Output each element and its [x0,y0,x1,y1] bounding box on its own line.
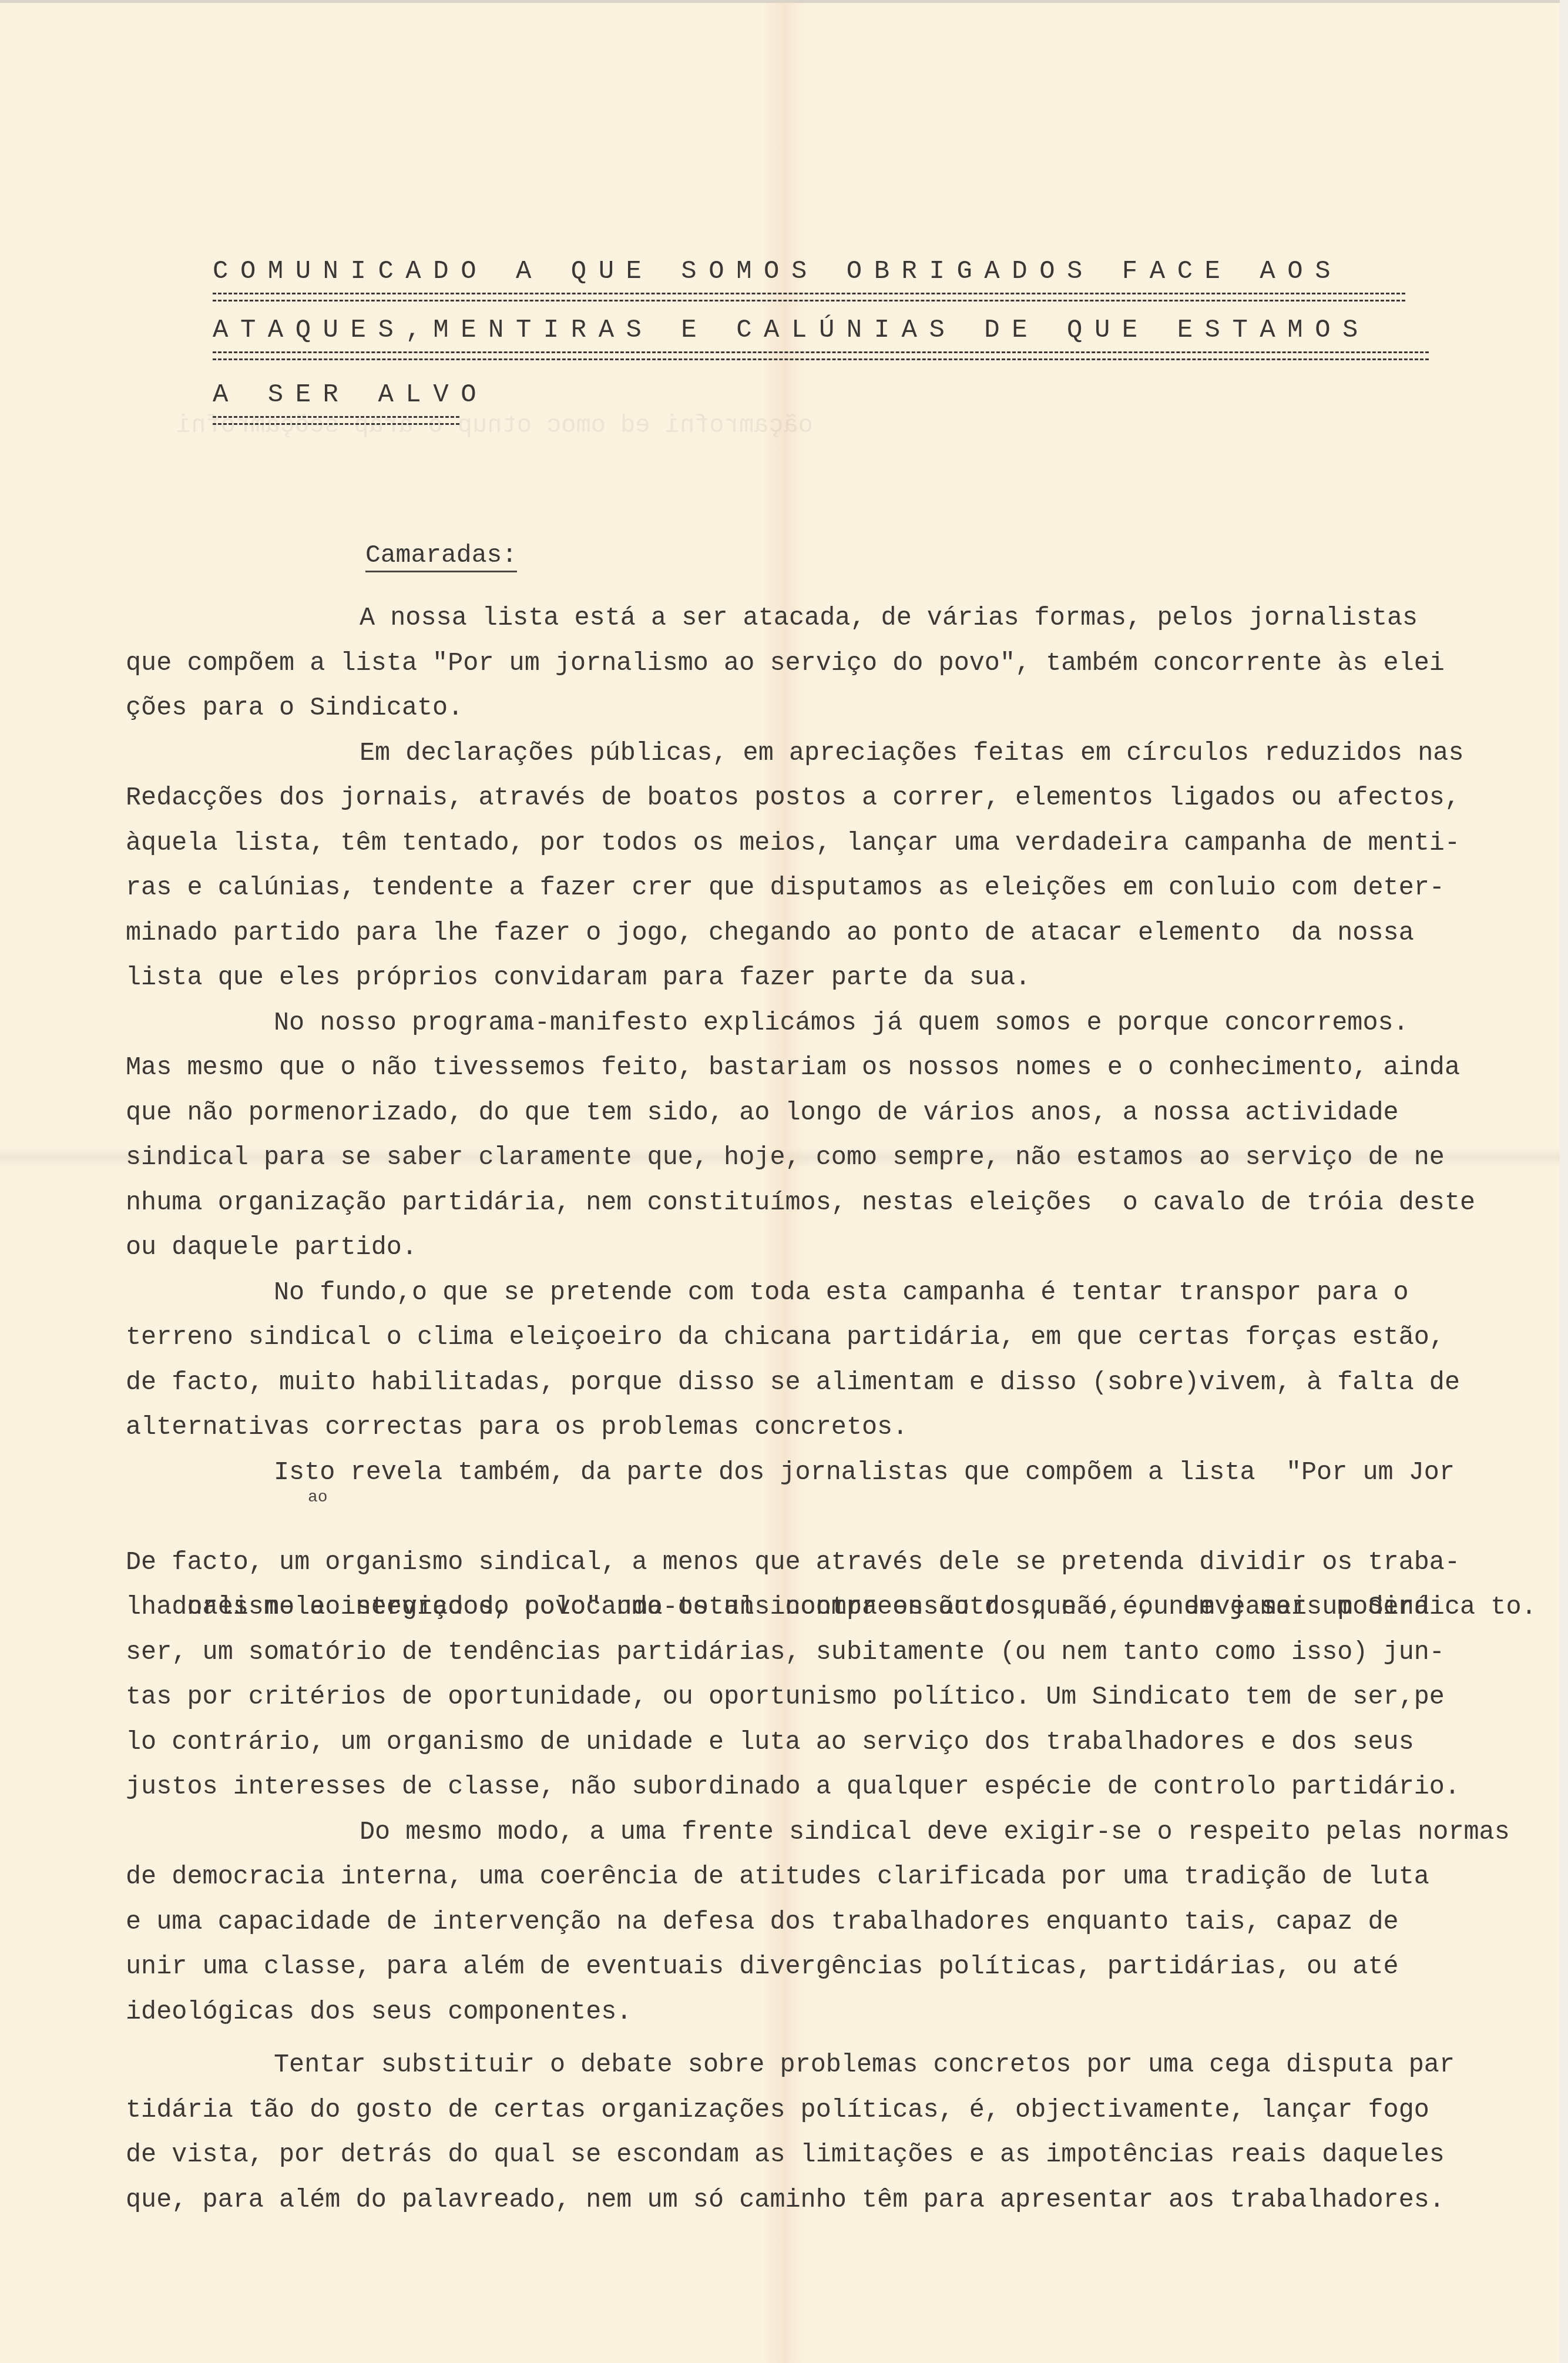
body-line: Tentar substituir o debate sobre problem… [126,2043,1512,2089]
body-line: e uma capacidade de intervenção na defes… [126,1901,1512,1946]
body-line: tidária tão do gosto de certas organizaç… [126,2089,1512,2134]
body-line: ser, um somatório de tendências partidár… [126,1631,1512,1676]
body-line: que compõem a lista "Por um jornalismo a… [126,642,1512,687]
title-double-underline-3 [213,416,459,425]
body-line: No nosso programa-manifesto explicámos j… [126,1001,1512,1047]
body-line: de vista, por detrás do qual se escondam… [126,2133,1512,2178]
body-line: de facto, muito habilitadas, porque diss… [126,1361,1512,1406]
body-line-text: nalismo ao serviço do povo" uma total in… [187,1593,1536,1622]
body-line: que não pormenorizado, do que tem sido, … [126,1091,1512,1137]
body-line: sindical para se saber claramente que, h… [126,1136,1512,1181]
body-line: Isto revela também, da parte dos jornali… [126,1451,1512,1496]
body-line: de democracia interna, uma coerência de … [126,1855,1512,1901]
salutation: Camaradas: [365,541,517,572]
body-line: lo contrário, um organismo de unidade e … [126,1721,1512,1766]
body-line: No fundo,o que se pretende com toda esta… [126,1271,1512,1316]
body-line: terreno sindical o clima eleiçoeiro da c… [126,1316,1512,1361]
body-line: nhuma organização partidária, nem consti… [126,1181,1512,1226]
body-line: àquela lista, têm tentado, por todos os … [126,822,1512,867]
body-line: minado partido para lhe fazer o jogo, ch… [126,911,1512,957]
title-double-underline-1 [213,293,1405,301]
body-line: unir uma classe, para além de eventuais … [126,1945,1512,1990]
body-line: Redacções dos jornais, através de boatos… [126,776,1512,822]
body-line: A nossa lista está a ser atacada, de vár… [126,596,1512,642]
title-line-2: ATAQUES,MENTIRAS E CALÚNIAS DE QUE ESTAM… [213,317,1370,343]
body-line: Mas mesmo que o não tivessemos feito, ba… [126,1046,1512,1091]
body-line: Em declarações públicas, em apreciações … [126,732,1512,777]
title-double-underline-2 [213,351,1429,360]
body-line: ou daquele partido. [126,1226,1512,1271]
body-line: que, para além do palavreado, nem um só … [126,2178,1512,2224]
paper-right-edge [1560,0,1568,2363]
body-line: De facto, um organismo sindical, a menos… [126,1541,1512,1586]
body-line: ao nalismo ao serviço do povo" uma total… [126,1496,1512,1541]
body-line: ras e calúnias, tendente a fazer crer qu… [126,866,1512,911]
paper-top-edge [0,0,1568,3]
body-line: justos interesses de classe, não subordi… [126,1765,1512,1811]
body-line: Do mesmo modo, a uma frente sindical dev… [126,1811,1512,1856]
body-line: alternativas correctas para os problemas… [126,1406,1512,1451]
document-body: A nossa lista está a ser atacada, de vár… [126,596,1512,2223]
body-line: ideológicas dos seus componentes. [126,1990,1512,2036]
body-line: tas por critérios de oportunidade, ou op… [126,1675,1512,1721]
title-line-3: A SER ALVO [213,382,488,408]
title-line-1: COMUNICADO A QUE SOMOS OBRIGADOS FACE AO… [213,259,1342,284]
interlinear-correction: ao [308,1476,328,1521]
body-line: lista que eles próprios convidaram para … [126,956,1512,1001]
body-line: ções para o Sindicato. [126,686,1512,732]
